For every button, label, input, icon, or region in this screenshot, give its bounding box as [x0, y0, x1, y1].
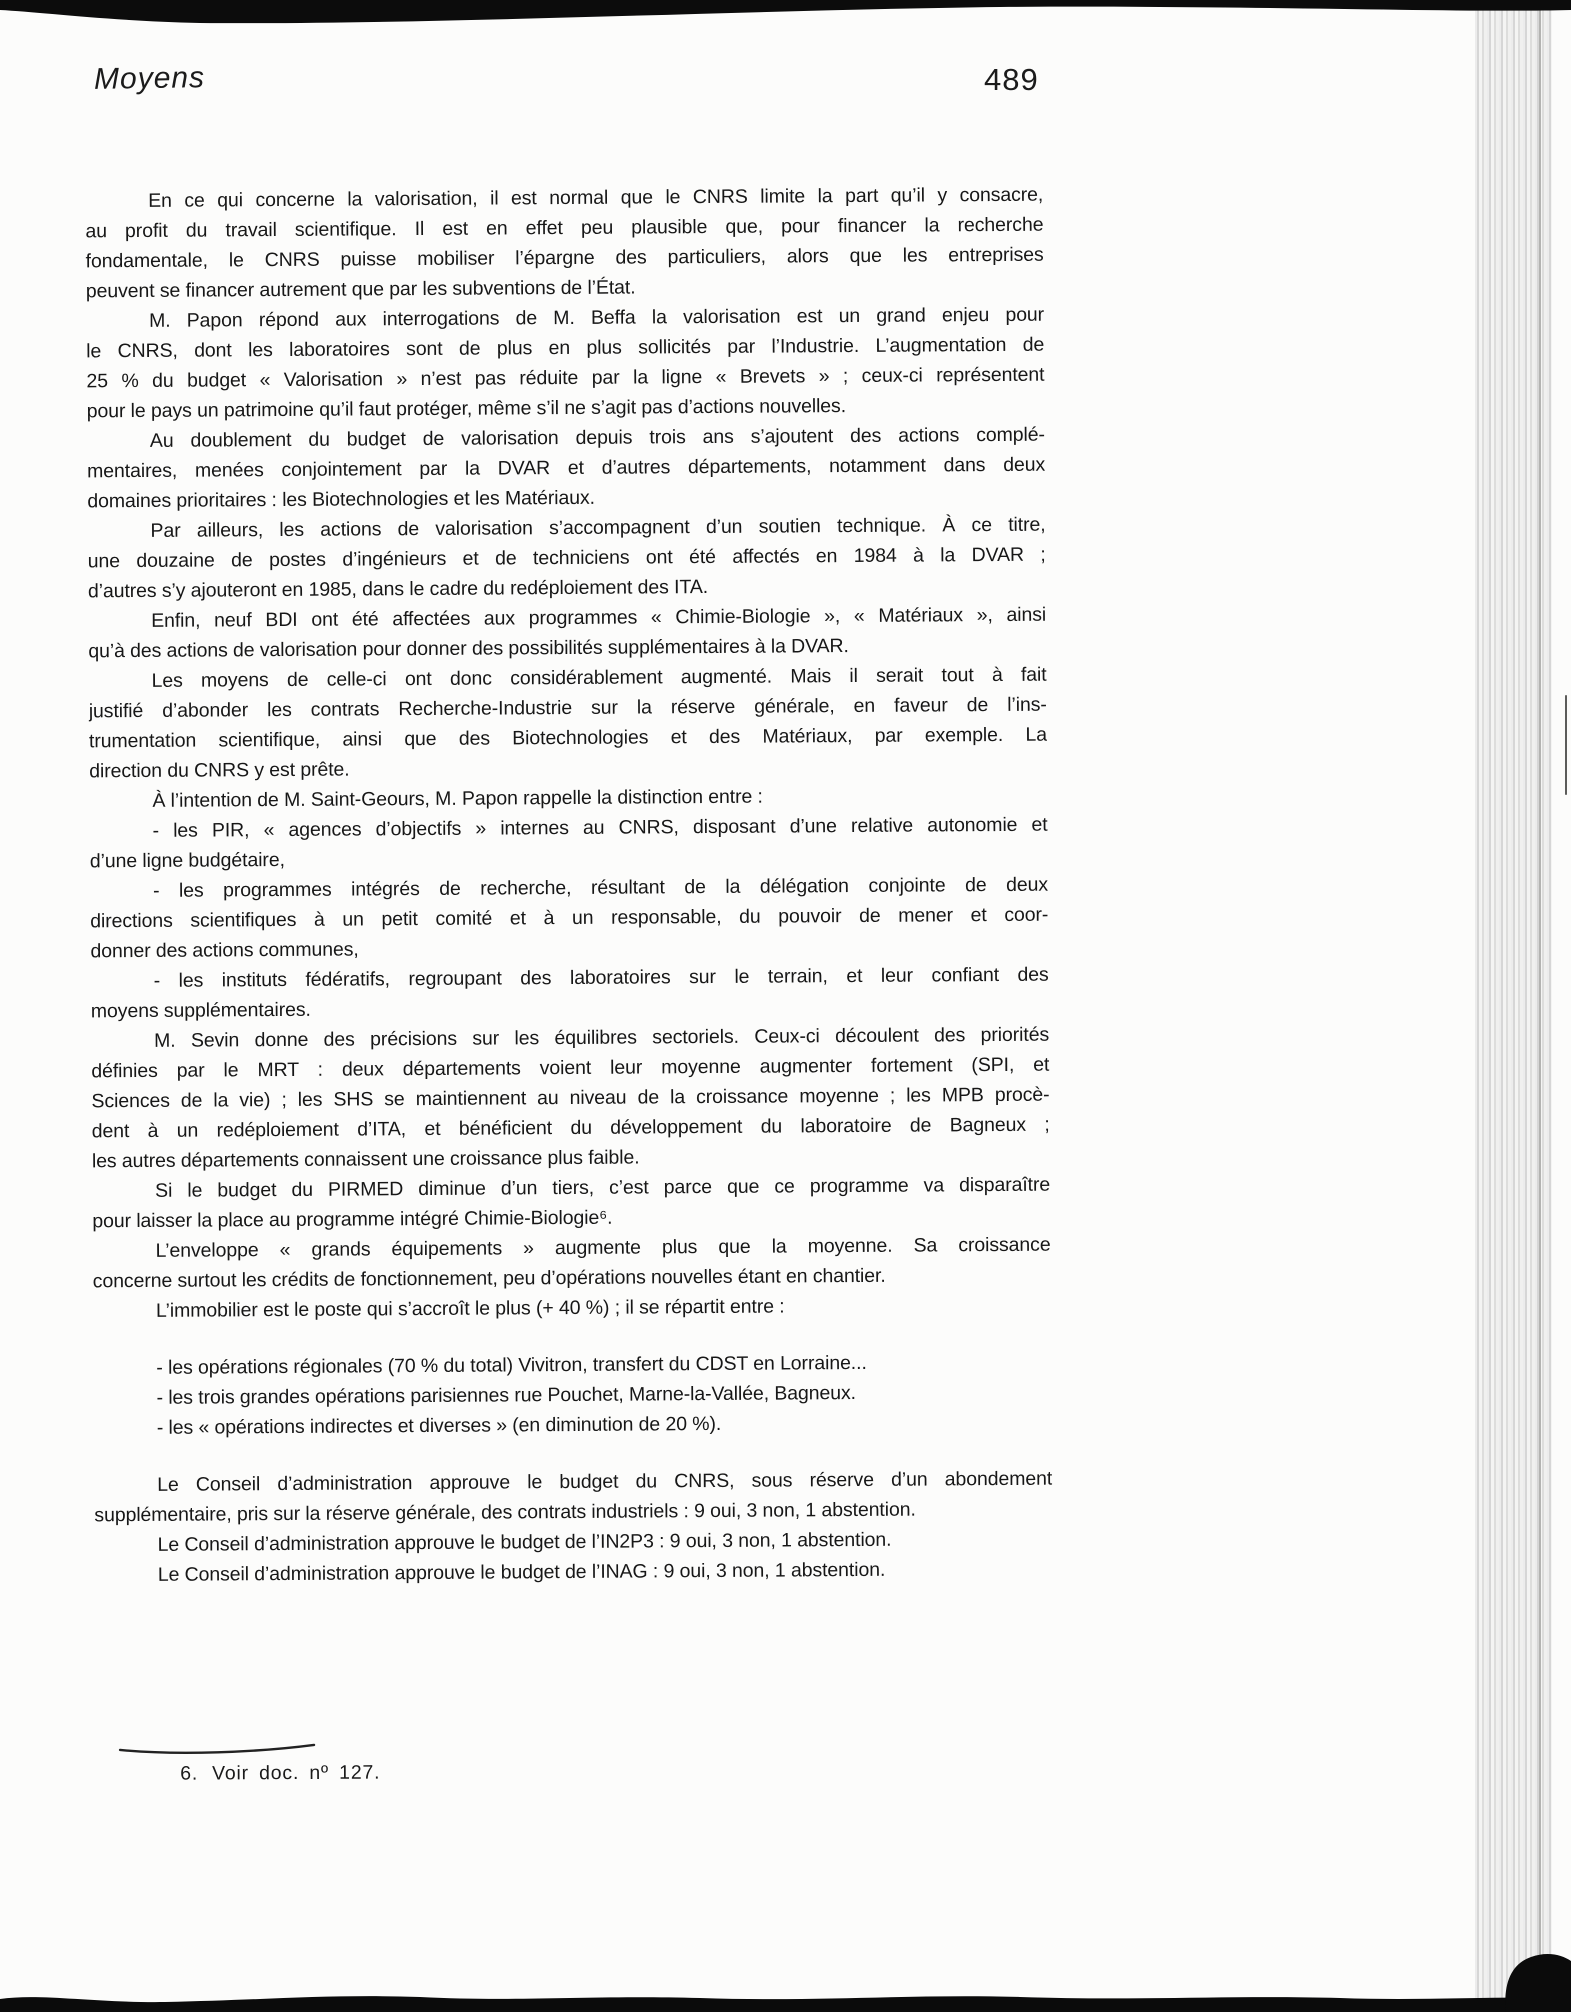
paragraph: - les PIR, « agences d’objectifs » inter…	[90, 810, 1048, 877]
paragraph: - les programmes intégrés de recherche, …	[90, 870, 1049, 967]
paragraph: Le Conseil d’administration approuve le …	[94, 1464, 1052, 1531]
book-page-edges	[1475, 0, 1552, 2012]
book-cover-edge-line	[1565, 695, 1567, 795]
paragraph: En ce qui concerne la valorisation, il e…	[85, 180, 1044, 307]
page-title: Moyens	[94, 61, 206, 97]
bottom-scan-edge	[0, 1952, 1571, 2012]
footnote-area: 6.Voir doc. nº 127.	[0, 1736, 600, 1739]
top-scan-edge	[0, 0, 1571, 32]
paragraph: Au doublement du budget de valorisation …	[87, 420, 1046, 517]
paragraph: Les moyens de celle-ci ont donc considér…	[88, 660, 1047, 787]
paragraph: M. Sevin donne des précisions sur les éq…	[91, 1020, 1050, 1177]
text-line: - les « opérations indirectes et diverse…	[94, 1407, 1052, 1444]
paragraph: L’enveloppe « grands équipements » augme…	[92, 1230, 1050, 1297]
footnote-rule	[118, 1742, 318, 1761]
scanned-page: { "header": { "running_title": "Moyens",…	[0, 0, 1571, 2012]
paragraph: M. Papon répond aux interrogations de M.…	[86, 300, 1045, 427]
paragraph: - les instituts fédératifs, regroupant d…	[91, 960, 1049, 1027]
paragraph: L’immobilier est le poste qui s’accroît …	[93, 1290, 1051, 1327]
footnote-text: Voir doc. nº 127.	[212, 1762, 380, 1785]
page-number: 489	[984, 62, 1039, 98]
body-text: En ce qui concerne la valorisation, il e…	[85, 180, 1053, 1591]
paragraph: Enfin, neuf BDI ont été affectées aux pr…	[88, 600, 1046, 667]
paragraph: Si le budget du PIRMED diminue d’un tier…	[92, 1170, 1050, 1237]
footnote-marker: 6.	[180, 1763, 198, 1785]
paragraph: - les opérations régionales (70 % du tot…	[93, 1347, 1052, 1444]
text-line: Le Conseil d’administration approuve le …	[95, 1554, 1053, 1591]
footnote: 6.Voir doc. nº 127.	[180, 1762, 380, 1786]
page-edge-line	[1539, 0, 1541, 2012]
paragraph: Par ailleurs, les actions de valorisatio…	[87, 510, 1046, 607]
paragraph: Le Conseil d’administration approuve le …	[95, 1554, 1053, 1591]
text-line: L’immobilier est le poste qui s’accroît …	[93, 1290, 1051, 1327]
